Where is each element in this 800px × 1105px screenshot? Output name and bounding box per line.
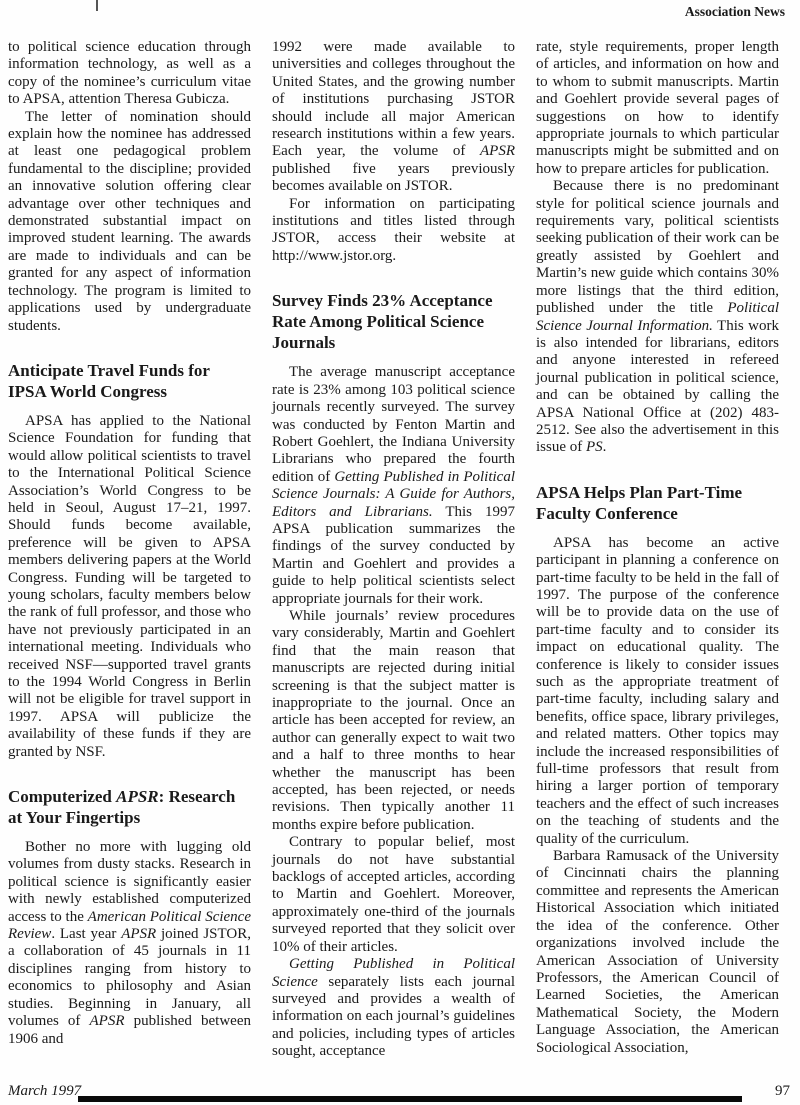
text-run: For information on participating institu… [272,196,515,264]
text-run: While journals’ review procedures vary c… [272,608,515,833]
text-run: rate, style requirements, proper length … [536,39,779,177]
text-run: . Last year [51,926,121,942]
text-run: . [603,439,607,455]
text-run: Barbara Ramusack of the University of Ci… [536,848,779,1055]
paragraph: Contrary to popular belief, most journal… [272,834,515,956]
text-run: Anticipate Travel Funds for IPSA World C… [8,361,210,401]
article-heading: Computerized APSR: Research at Your Fing… [8,786,251,828]
column-3: rate, style requirements, proper length … [536,39,779,1061]
footer-page-number: 97 [775,1083,790,1100]
text-run: to political science education through i… [8,39,251,107]
paragraph: 1992 were made available to universities… [272,39,515,196]
text-run: Because there is no predominant style fo… [536,178,779,316]
text-run: APSA has applied to the National Science… [8,413,251,760]
text-run: The average manuscript acceptance rate i… [272,364,515,484]
paragraph: While journals’ review procedures vary c… [272,608,515,834]
page-footer: March 1997 97 [0,1083,800,1105]
paragraph: Getting Published in Political Science s… [272,956,515,1060]
article-heading: Anticipate Travel Funds for IPSA World C… [8,360,251,402]
paragraph: Because there is no predominant style fo… [536,178,779,457]
italic-text-run: APSR [90,1013,125,1029]
paragraph: For information on participating institu… [272,196,515,266]
italic-text-run: APSR [116,787,159,806]
italic-text-run: APSR [480,143,515,159]
column-2: 1992 were made available to universities… [272,39,515,1061]
text-run: APSA has become an active participant in… [536,535,779,847]
paragraph: rate, style requirements, proper length … [536,39,779,178]
column-1: to political science education through i… [8,39,251,1061]
paragraph: The letter of nomination should explain … [8,109,251,335]
article-heading: Survey Finds 23% Acceptance Rate Among P… [272,290,515,353]
text-run: Contrary to popular belief, most journal… [272,834,515,954]
text-run: This work is also intended for librarian… [536,318,779,456]
italic-text-run: APSR [121,926,156,942]
paragraph: The average manuscript acceptance rate i… [272,364,515,608]
paragraph: to political science education through i… [8,39,251,109]
text-run: published five years previously becomes … [272,161,515,194]
section-header: Association News [685,4,785,20]
text-run: The letter of nomination should explain … [8,109,251,334]
text-run: APSA Helps Plan Part-Time Faculty Confer… [536,483,742,523]
text-run: Survey Finds 23% Acceptance Rate Among P… [272,291,493,352]
footer-issue-date: March 1997 [8,1083,81,1100]
paragraph: APSA has applied to the National Science… [8,413,251,761]
footer-rule [78,1096,742,1102]
text-run: 1992 were made available to universities… [272,39,515,159]
paragraph: Barbara Ramusack of the University of Ci… [536,848,779,1057]
text-run: Computerized [8,787,116,806]
paragraph: APSA has become an active participant in… [536,535,779,848]
page-root: Association News to political science ed… [0,0,800,1061]
paragraph: Bother no more with lugging old volumes … [8,839,251,1048]
scan-registration-mark [96,0,98,11]
italic-text-run: PS [586,439,603,455]
columns: to political science education through i… [0,0,800,1061]
article-heading: APSA Helps Plan Part-Time Faculty Confer… [536,482,779,524]
